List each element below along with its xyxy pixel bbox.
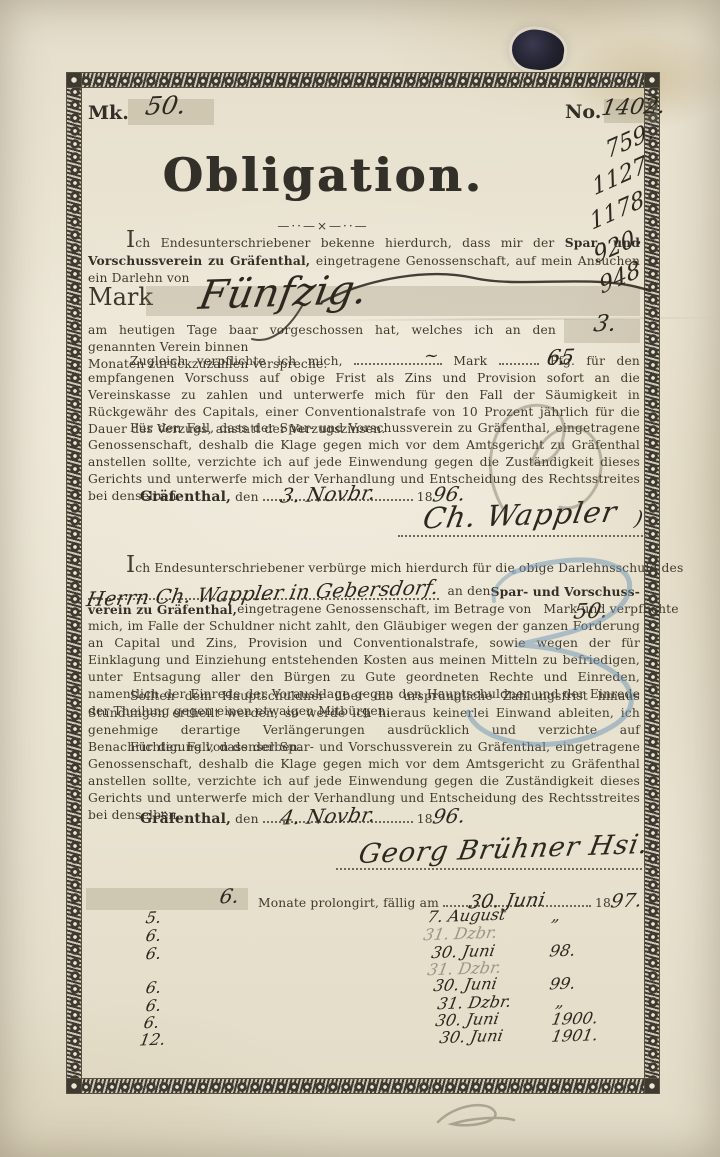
- border-corner-icon: [644, 72, 660, 88]
- date-blank: 4. Novbr.: [263, 810, 413, 823]
- guarantor-name-blank: Herrn Ch. Wappler in Gebersdorf.: [88, 585, 439, 600]
- den-label: den: [235, 812, 259, 826]
- row-year: 1901.: [550, 1025, 599, 1046]
- prolongation-label: Monate prolongirt, fällig am: [258, 896, 439, 910]
- pfennig-value-handwriting: 65: [503, 349, 576, 368]
- paragraph-text: am heutigen Tage baar vorgeschossen hat,…: [88, 323, 556, 354]
- year-handwriting: 96.: [431, 807, 467, 825]
- place-label: Gräfenthal,: [140, 489, 231, 505]
- row-year: 99.: [548, 974, 577, 994]
- bold-society-place: zu Gräfenthal,: [208, 253, 316, 268]
- row-months: 5.: [144, 908, 163, 928]
- paragraph-text: ch Endesunterschriebener verbürge mich h…: [135, 561, 683, 575]
- date-handwriting: 3. Novbr.: [279, 484, 377, 504]
- document-title: Obligation.: [88, 148, 558, 202]
- no-label: No.: [565, 101, 601, 123]
- title-divider: —··—×—··—: [88, 219, 558, 233]
- border-bottom: [66, 1078, 660, 1094]
- amount-handwriting: Fünfzig.: [200, 270, 366, 316]
- row-year: „: [554, 992, 566, 1011]
- prolongation-months-field: 6.: [214, 888, 248, 910]
- paragraph-text: Mark: [442, 354, 498, 368]
- border-left: [66, 72, 82, 1094]
- border-right: [644, 72, 660, 1094]
- debtor-signature: Ch. Wappler ): [424, 498, 643, 532]
- signature-line: [398, 535, 646, 537]
- guarantor-signature: Georg Brühner Hsi.: [360, 834, 648, 865]
- row-months: 6.: [144, 978, 163, 998]
- months-value-handwriting: 3.: [592, 316, 617, 334]
- ink-blot: [509, 26, 567, 74]
- prolongation-months-handwriting: 6.: [218, 884, 241, 909]
- guarantor-signature-text: Georg Brühner Hsi.: [356, 829, 651, 870]
- prolongation-lead-field: [86, 888, 214, 910]
- guarantor-date-line: Gräfenthal, den 4. Novbr. 1896.: [140, 808, 465, 828]
- border-corner-icon: [66, 72, 82, 88]
- no-value-handwriting: 1402.: [600, 94, 668, 121]
- title-text: Obligation.: [162, 148, 483, 202]
- tilde-handwriting: ~: [380, 348, 440, 367]
- pfennig-blank: 65: [499, 352, 539, 365]
- border-corner-icon: [66, 1078, 82, 1094]
- mk-label-text: Mk.: [88, 102, 129, 124]
- mk-label: Mk.: [88, 102, 129, 124]
- paragraph-text: ch Endesunterschriebener bekenne hierdur…: [135, 236, 564, 250]
- divider-glyphs: —··—×—··—: [277, 219, 368, 233]
- paragraph-text: Mark und verpflichte: [544, 601, 679, 618]
- mk-value-handwriting: 50.: [143, 90, 188, 120]
- date-blank: 3. Novbr.: [263, 488, 413, 501]
- row-months: 12.: [138, 1030, 167, 1050]
- debtor-date-line: Gräfenthal, den 3. Novbr. 1896.: [140, 486, 465, 506]
- paragraph-line: Herrn Ch. Wappler in Gebersdorf. an den …: [88, 580, 640, 600]
- drop-initial: I: [126, 227, 135, 253]
- fold-crease: [330, 317, 720, 322]
- paragraph-line: Ich Endesunterschriebener verbürge mich …: [88, 560, 640, 577]
- no-label-text: No.: [565, 101, 601, 123]
- paragraph-text: Zugleich verpflichte ich mich,: [130, 354, 354, 368]
- mk-value-field: 50.: [128, 99, 214, 125]
- fee-blank: ~: [354, 352, 442, 365]
- year-prefix: 18: [595, 896, 611, 910]
- months-field: 3.: [564, 319, 640, 343]
- place-label: Gräfenthal,: [140, 811, 231, 827]
- row-date: 30. Juni: [438, 1026, 504, 1047]
- guarantee-amount-handwriting: 50.: [572, 602, 609, 620]
- debtor-signature-text: Ch. Wappler: [420, 495, 620, 536]
- pencil-mark-bottom: [438, 1105, 514, 1125]
- mark-label-text: Mark: [88, 283, 153, 311]
- drop-initial: I: [126, 552, 135, 578]
- row-year: 98.: [548, 941, 577, 961]
- row-months: 6.: [144, 944, 163, 964]
- paragraph-text: an den: [447, 583, 490, 600]
- row-year: „: [550, 906, 562, 925]
- year-prefix: 18: [417, 812, 433, 826]
- row-months: 6.: [144, 926, 163, 946]
- prolongation-year-handwriting: 97.: [609, 892, 643, 910]
- document-page: Mk. 50. No. 1402. 759. 1127. 1178 920. 9…: [0, 0, 720, 1157]
- bold-society-name: Spar- und Vorschuss-: [491, 583, 640, 600]
- border-corner-icon: [644, 1078, 660, 1094]
- prolongation-date-blank: 30. Juni: [443, 894, 591, 907]
- den-label: den: [235, 490, 259, 504]
- mark-label: Mark: [88, 283, 153, 311]
- amount-value-text: Fünfzig.: [195, 267, 371, 319]
- border-top: [66, 72, 660, 88]
- date-handwriting: 4. Novbr.: [279, 806, 377, 826]
